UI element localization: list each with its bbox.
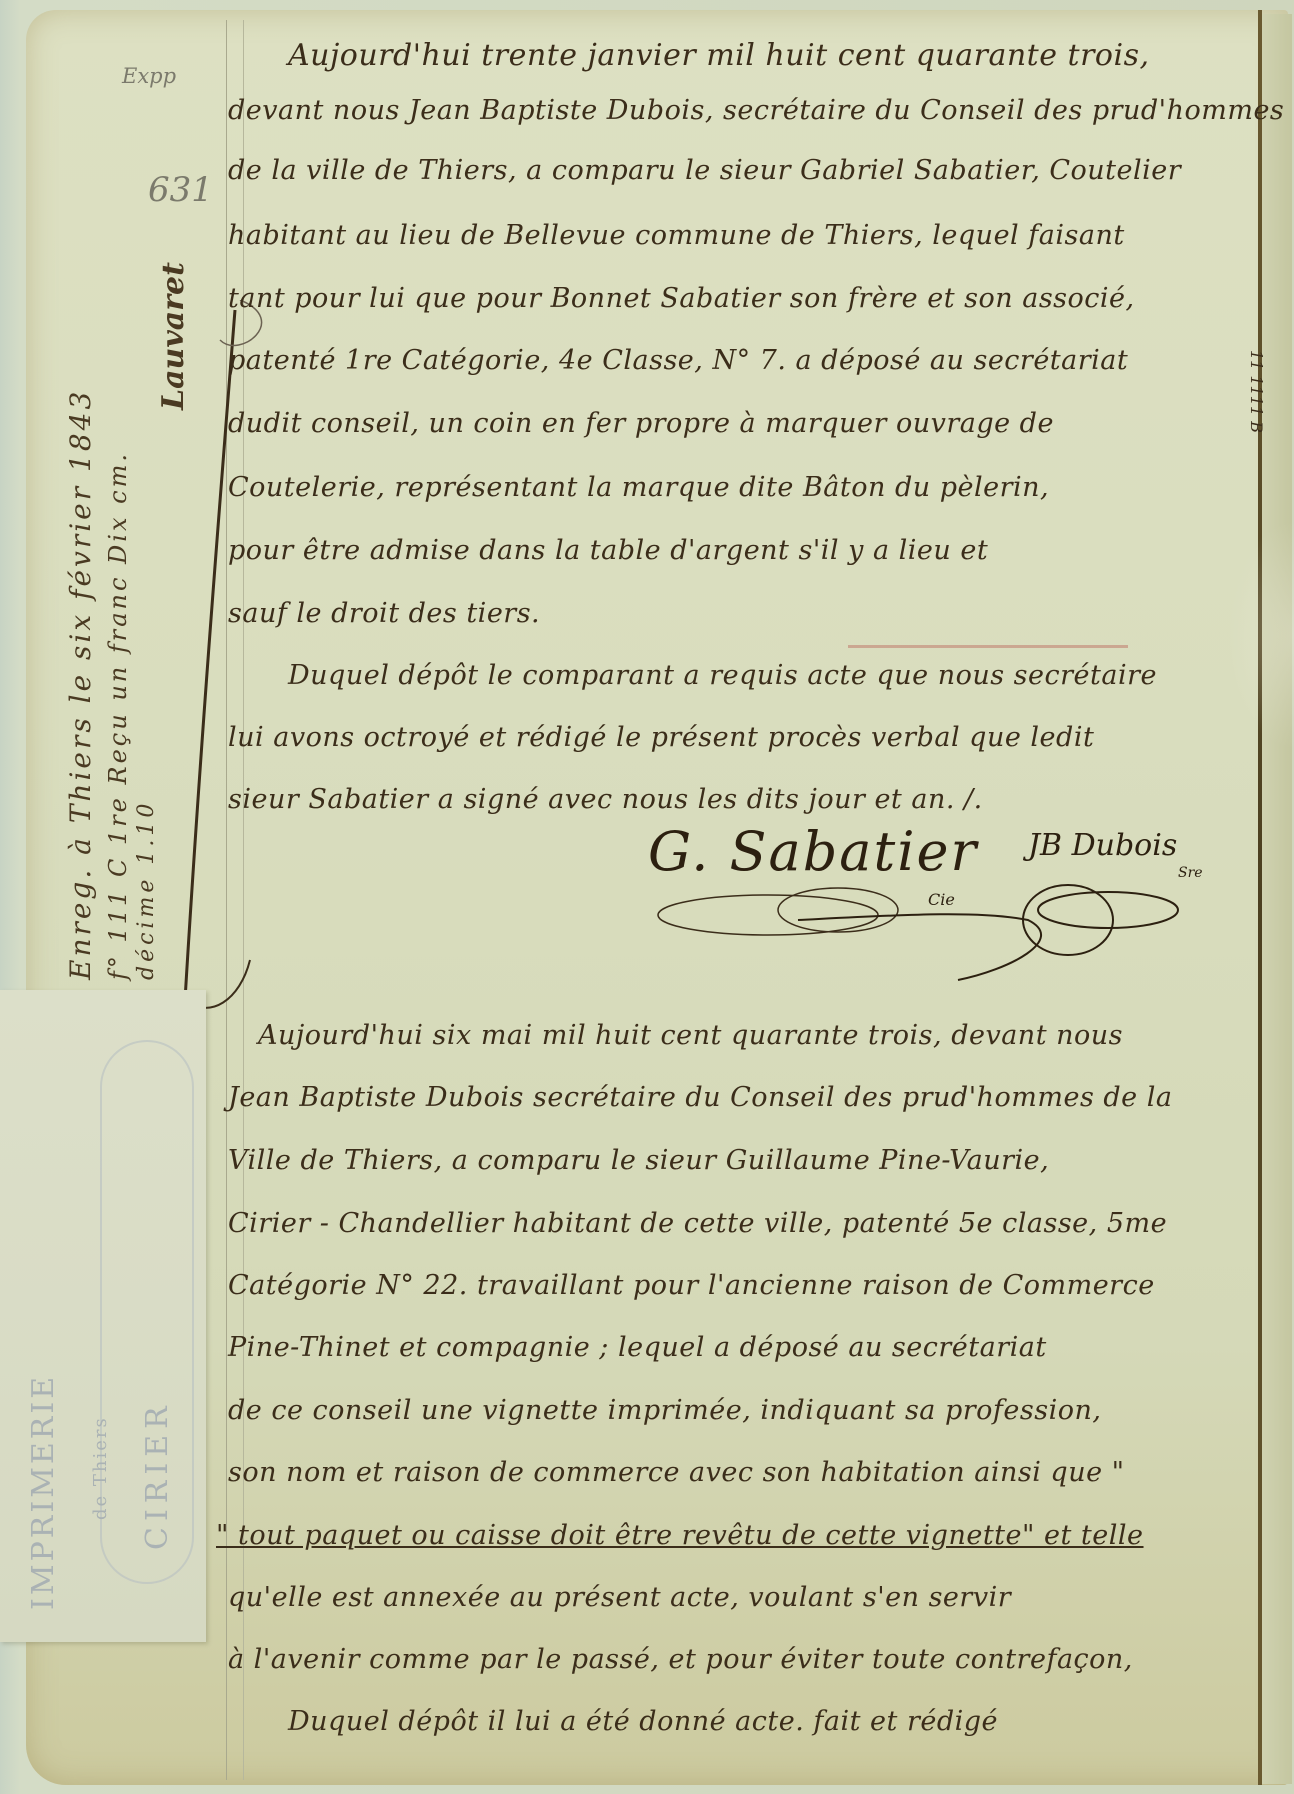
entry1-line: Duquel dépôt le comparant a requis acte … bbox=[288, 660, 1157, 691]
entry2-line: Cirier - Chandellier habitant de cette v… bbox=[228, 1208, 1167, 1239]
margin-ref-expp: Expp bbox=[122, 64, 176, 88]
signature-paraph-icon bbox=[648, 880, 1188, 990]
entry1-line: devant nous Jean Baptiste Dubois, secrét… bbox=[228, 95, 1284, 126]
entry2-line: qu'elle est annexée au présent acte, vou… bbox=[228, 1582, 1011, 1613]
entry2-line: Duquel dépôt il lui a été donné acte. fa… bbox=[288, 1706, 998, 1737]
vignette-text-large: IMPRIMERIE bbox=[26, 1374, 61, 1610]
binding-edge bbox=[1258, 10, 1262, 1785]
signature-secretary-suffix: Sre bbox=[1178, 865, 1203, 881]
entry1-line: Coutelerie, représentant la marque dite … bbox=[228, 472, 1049, 503]
entry1-line: pour être admise dans la table d'argent … bbox=[228, 535, 988, 566]
entry2-line: Ville de Thiers, a comparu le sieur Guil… bbox=[228, 1145, 1049, 1176]
entry2-line: son nom et raison de commerce avec son h… bbox=[228, 1457, 1125, 1488]
entry2-line: Catégorie N° 22. travaillant pour l'anci… bbox=[228, 1270, 1155, 1301]
entry2-line: Pine-Thinet et compagnie ; lequel a dépo… bbox=[228, 1332, 1047, 1363]
entry2-line: de ce conseil une vignette imprimée, ind… bbox=[228, 1395, 1101, 1426]
right-edge-note: 11 1111 B bbox=[1247, 350, 1266, 433]
entry1-line: Aujourd'hui trente janvier mil huit cent… bbox=[288, 38, 1150, 73]
signature-secretary: JB Dubois bbox=[1028, 828, 1177, 863]
signature-depositor: G. Sabatier bbox=[648, 820, 978, 883]
entry1-line: de la ville de Thiers, a comparu le sieu… bbox=[228, 155, 1181, 186]
vignette-text-right: CIRIER bbox=[140, 1400, 175, 1550]
registration-note-line1: Enreg. à Thiers le six février 1843 bbox=[64, 389, 97, 980]
entry2-line: Jean Baptiste Dubois secrétaire du Conse… bbox=[228, 1082, 1172, 1113]
entry1-line: sauf le droit des tiers. bbox=[228, 598, 540, 629]
entry2-line: à l'avenir comme par le passé, et pour é… bbox=[228, 1644, 1133, 1675]
pasted-vignette: IMPRIMERIE de Thiers CIRIER bbox=[0, 990, 206, 1642]
left-margin: Expp 631 Enreg. à Thiers le six février … bbox=[30, 20, 226, 1000]
margin-ref-number: 631 bbox=[148, 170, 213, 210]
adjacent-page-edge bbox=[1262, 14, 1292, 1784]
entry1-line: habitant au lieu de Bellevue commune de … bbox=[228, 220, 1125, 251]
entry1-line: dudit conseil, un coin en fer propre à m… bbox=[228, 408, 1054, 439]
registration-note-line3: décime 1.10 bbox=[134, 800, 159, 980]
mark-red-underline bbox=[848, 645, 1128, 648]
entry1-line: patenté 1re Catégorie, 4e Classe, N° 7. … bbox=[228, 345, 1128, 376]
entry1-line: tant pour lui que pour Bonnet Sabatier s… bbox=[228, 283, 1135, 314]
entry1-line: sieur Sabatier a signé avec nous les dit… bbox=[228, 784, 983, 815]
registration-note-line2: f° 111 C 1re Reçu un franc Dix cm. bbox=[104, 451, 132, 980]
vignette-text-small: de Thiers bbox=[90, 1416, 111, 1520]
entry2-line: Aujourd'hui six mai mil huit cent quaran… bbox=[258, 1020, 1123, 1051]
entry2-line-underlined: " tout paquet ou caisse doit être revêtu… bbox=[216, 1520, 1144, 1551]
entry1-line: lui avons octroyé et rédigé le présent p… bbox=[228, 722, 1094, 753]
